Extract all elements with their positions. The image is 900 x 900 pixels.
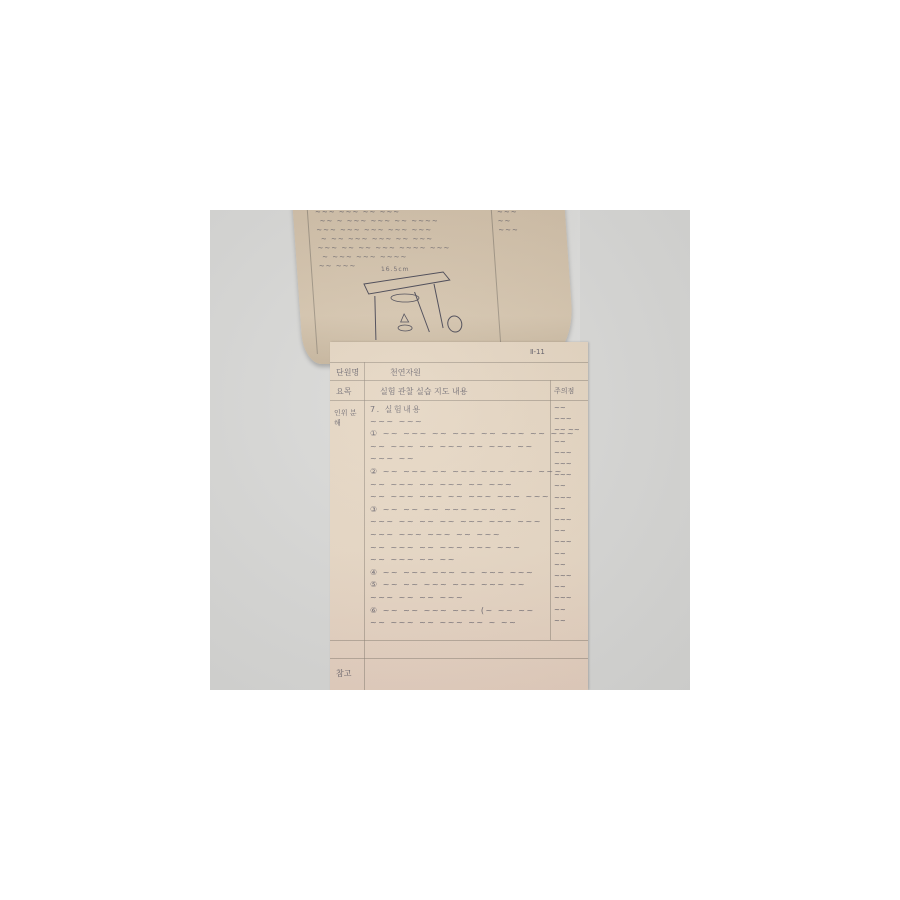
page-number: Ⅱ-11 bbox=[530, 348, 545, 356]
back-page-handwriting-line: ~~ ~~~ bbox=[318, 262, 356, 270]
side-note: ~~ bbox=[554, 438, 566, 446]
side-note: ~~ bbox=[554, 482, 566, 490]
apparatus-sketch-icon bbox=[352, 262, 468, 352]
content-line: ~~~ ~~~ bbox=[370, 417, 423, 426]
unit-title: 천연자원 bbox=[390, 367, 421, 378]
side-note: ~~~ bbox=[554, 572, 572, 580]
content-line: ⑥ ~~ ~~ ~~~ ~~~ (~ ~~ ~~ bbox=[370, 606, 535, 615]
back-page-curl: ~~~ ~~~ ~~ ~~~~~ ~ ~~~ ~~~ ~~ ~~~~~~~ ~~… bbox=[292, 210, 575, 364]
content-line: ~~~ ~~~ ~~~ ~~ ~~~ bbox=[370, 530, 501, 539]
content-line: ~~ ~~~ ~~ ~~ bbox=[370, 555, 456, 564]
side-note: ~~ bbox=[554, 561, 566, 569]
content-line: ~~~ ~~ bbox=[370, 454, 415, 463]
side-note: ~~~ bbox=[554, 538, 572, 546]
content-line: ~~ ~~~ ~~ ~~~ ~~ ~~~ bbox=[370, 480, 513, 489]
back-page-handwriting-line: ~~~ ~~~ ~~~ ~~~ ~~~ bbox=[316, 226, 432, 234]
content-line: ① ~~ ~~~ ~~ ~~~ ~~ ~~~ ~~ ~~~ bbox=[370, 429, 575, 438]
row-label: 인위 분해 bbox=[334, 408, 362, 428]
side-note: ~~~ bbox=[554, 516, 572, 524]
side-note: ~~ bbox=[554, 606, 566, 614]
content-line: ~~ ~~~ ~~~ ~~ ~~~ ~~~ ~~~ bbox=[370, 492, 550, 501]
content-line: ~~ ~~~ ~~ ~~~ ~~ ~ ~~ bbox=[370, 618, 517, 627]
side-note: ~~~ bbox=[554, 494, 572, 502]
column-header-right: 주의점 bbox=[554, 386, 574, 396]
side-note: ~~~ bbox=[554, 594, 572, 602]
content-line: ④ ~~ ~~~ ~~~ ~~ ~~~ ~~~ bbox=[370, 568, 534, 577]
back-page-handwriting-line: ~~~ ~~ ~~ ~~~ ~~~~ ~~~ bbox=[317, 244, 450, 252]
back-page-handwriting-line: ~~~ ~~~ ~~ ~~~ bbox=[315, 210, 401, 216]
content-line: ③ ~~ ~~ ~~ ~~~ ~~~ ~~ bbox=[370, 505, 518, 514]
header-left-label: 단원명 bbox=[336, 367, 359, 378]
back-page-handwriting-line: ~ ~~ ~~~ ~~~ ~~ ~~~ bbox=[321, 235, 434, 243]
back-page-side-note: ~~~ bbox=[498, 226, 519, 234]
side-note: ~~~ bbox=[554, 415, 572, 423]
content-line: ~~ ~~~ ~~ ~~~ ~~~ ~~~ bbox=[370, 543, 521, 552]
column-header-middle: 실험 관찰 실습 지도 내용 bbox=[380, 386, 467, 397]
content-line: ~~~ ~~ ~~ ~~ ~~~ ~~~ ~~~ bbox=[370, 517, 542, 526]
content-line: 7. 실험내용 bbox=[370, 404, 422, 415]
notebook-photo: ~~~ ~~~ ~~ ~~~~~ ~ ~~~ ~~~ ~~ ~~~~~~~ ~~… bbox=[210, 210, 690, 690]
footer-label: 참고 bbox=[336, 668, 351, 679]
back-page-side-note: ~~~ bbox=[497, 210, 518, 216]
back-page-handwriting-line: ~~ ~ ~~~ ~~~ ~~ ~~~~ bbox=[319, 217, 439, 225]
side-note: ~~~ bbox=[554, 471, 572, 479]
side-note: ~~ bbox=[554, 505, 566, 513]
sketch-label: 16.5cm bbox=[381, 266, 410, 273]
back-page-side-note: ~~ bbox=[497, 217, 511, 225]
side-note: ~~ bbox=[554, 527, 566, 535]
side-note: ~~ bbox=[554, 550, 566, 558]
content-line: ② ~~ ~~~ ~~ ~~~ ~~~ ~~~ ~~~ bbox=[370, 467, 563, 476]
main-page: Ⅱ-11 단원명 천연자원 요목 실험 관찰 실습 지도 내용 주의점 인위 분… bbox=[330, 342, 588, 690]
column-header-left: 요목 bbox=[336, 386, 351, 397]
side-note: ~~ bbox=[554, 583, 566, 591]
side-note: ~~ bbox=[554, 404, 566, 412]
side-note: ~~~ bbox=[554, 460, 572, 468]
side-note: ~~~ bbox=[554, 449, 572, 457]
content-line: ~~ ~~~ ~~ ~~~ ~~ ~~~ ~~ bbox=[370, 442, 534, 451]
side-note: ~~ bbox=[554, 617, 566, 625]
content-line: ⑤ ~~ ~~ ~~~ ~~~ ~~~ ~~ bbox=[370, 580, 526, 589]
content-line: ~~~ ~~ ~~ ~~~ bbox=[370, 593, 464, 602]
back-page-handwriting-line: ~ ~~~ ~~~ ~~~~ bbox=[322, 253, 408, 261]
side-note: ~~ ~~ bbox=[554, 426, 580, 434]
